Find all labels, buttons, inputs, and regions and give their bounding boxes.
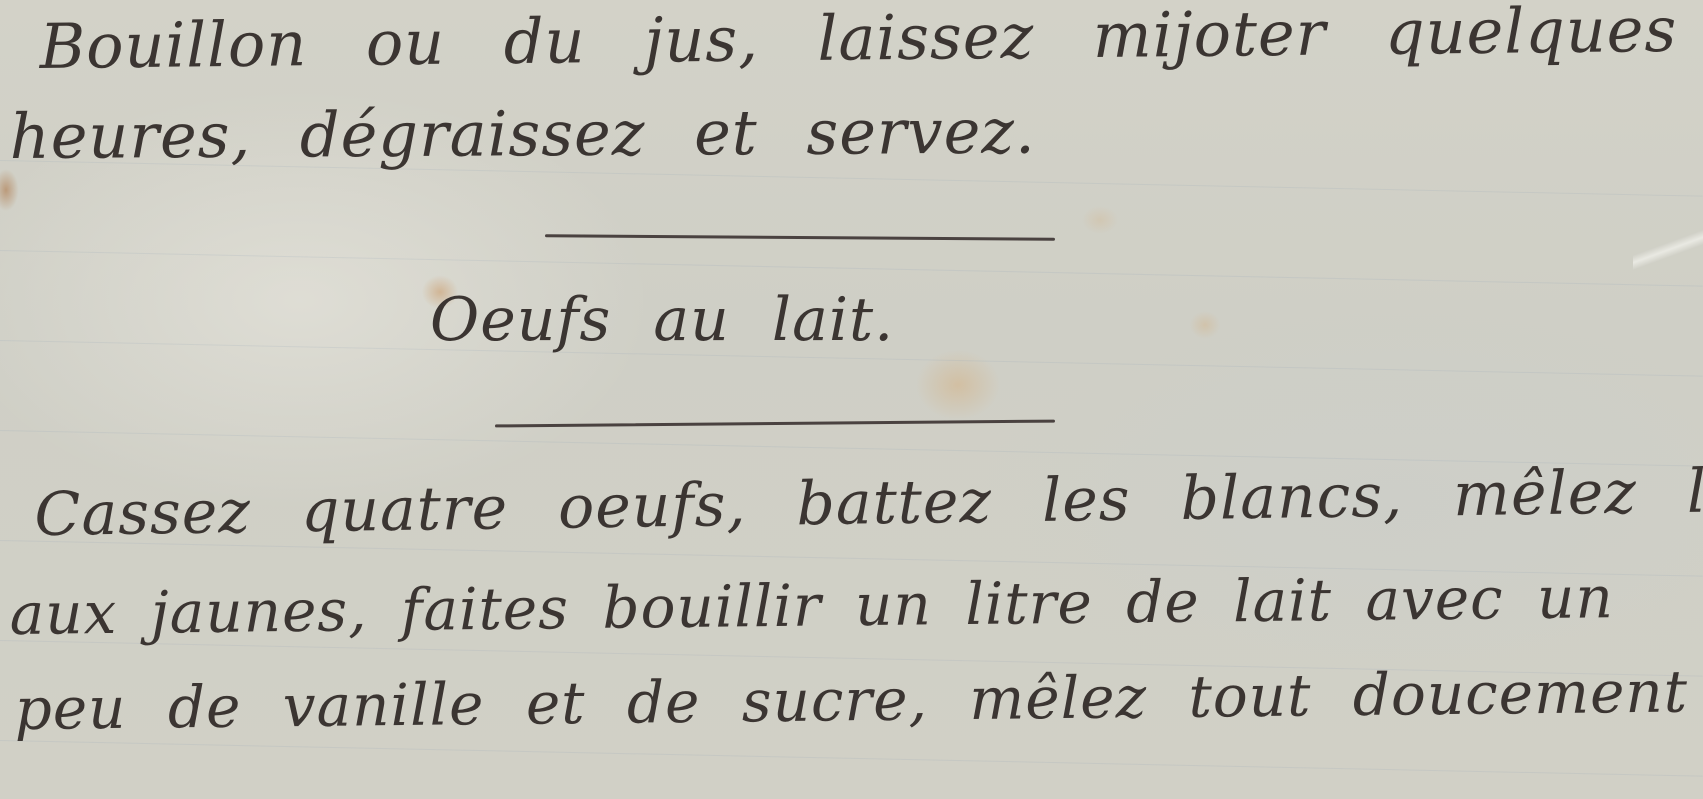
text-line-1: Bouillon ou du jus, laissez mijoter quel… bbox=[39, 0, 1677, 83]
paper-rule bbox=[0, 250, 1703, 287]
section-divider-bottom bbox=[495, 420, 1055, 428]
recipe-line-1: Cassez quatre oeufs, battez les blancs, … bbox=[34, 456, 1703, 550]
recipe-title: Oeufs au lait. bbox=[430, 285, 894, 355]
text-line-2: heures, dégraissez et servez. bbox=[10, 95, 1036, 173]
recipe-line-3: peu de vanille et de sucre, mêlez tout d… bbox=[14, 657, 1688, 743]
paper-rule bbox=[0, 740, 1703, 777]
recipe-line-2: aux jaunes, faites bouillir un litre de … bbox=[9, 563, 1614, 648]
paper-crease bbox=[1633, 225, 1703, 275]
manuscript-page: Bouillon ou du jus, laissez mijoter quel… bbox=[0, 0, 1703, 799]
section-divider-top bbox=[545, 234, 1055, 241]
